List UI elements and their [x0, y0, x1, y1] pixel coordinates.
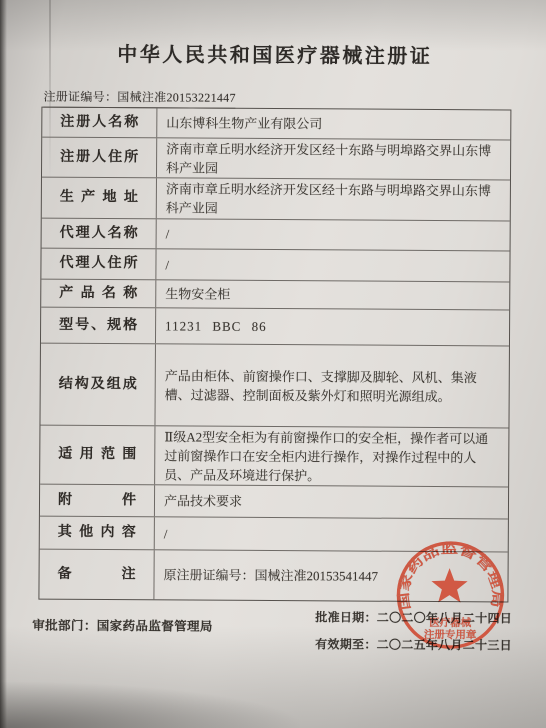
row-label: 备注: [58, 566, 136, 582]
row-value: 产品技术要求: [155, 485, 508, 518]
certificate-table: 注册人名称 山东博科生物产业有限公司 注册人住所 济南市章丘明水经济开发区经十东…: [38, 107, 511, 603]
row-label: 附件: [58, 492, 136, 508]
row-label: 其他内容: [58, 525, 136, 541]
table-row: 备注 原注册证编号：国械注准20153541447: [39, 549, 507, 602]
table-row: 结构及组成 产品由柜体、前窗操作口、支撑脚及脚轮、风机、集液槽、过滤器、控制面板…: [40, 343, 508, 428]
row-label: 结构及组成: [59, 376, 137, 392]
approval-date: 批准日期：二〇二〇年八月二十四日: [315, 608, 512, 626]
certificate-title: 中华人民共和国医疗器械注册证: [2, 37, 546, 69]
row-label: 注册人住所: [60, 149, 138, 165]
table-row: 代理人住所 /: [41, 248, 509, 282]
row-value: /: [157, 219, 510, 250]
registration-number-value: 国械注准20153221447: [117, 90, 236, 105]
table-row: 附件 产品技术要求: [40, 484, 508, 519]
row-label: 注册人名称: [60, 114, 138, 130]
table-row: 适用范围 Ⅱ级A2型安全柜为有前窗操作口的安全柜，操作者可以通过前窗操作口在安全…: [40, 425, 508, 487]
table-row: 型号、规格 11231 BBC 86: [41, 307, 509, 346]
table-row: 代理人名称 /: [42, 218, 510, 251]
approval-department: 审批部门：国家药品监督管理局: [32, 616, 213, 635]
row-value: 济南市章丘明水经济开发区经十东路与明埠路交界山东博科产业园: [157, 138, 510, 179]
registration-number-line: 注册证编号：国械注准20153221447: [43, 88, 235, 109]
row-value: /: [156, 249, 509, 281]
row-label: 代理人名称: [60, 225, 138, 241]
row-value: /: [155, 517, 508, 551]
row-label: 产品名称: [59, 285, 137, 301]
table-row: 其他内容 /: [40, 516, 508, 552]
certificate-sheet: 中华人民共和国医疗器械注册证 注册证编号：国械注准20153221447 注册人…: [0, 0, 546, 728]
row-value: 山东博科生物产业有限公司: [157, 108, 510, 139]
row-value: Ⅱ级A2型安全柜为有前窗操作口的安全柜，操作者可以通过前窗操作口在安全柜内进行操…: [155, 426, 508, 486]
row-label: 型号、规格: [59, 317, 137, 333]
row-value: 11231 BBC 86: [156, 308, 509, 345]
row-label: 生产地址: [60, 190, 138, 206]
valid-until-date: 有效期至：二〇二五年八月二十三日: [315, 635, 512, 653]
row-value: 产品由柜体、前窗操作口、支撑脚及脚轮、风机、集液槽、过滤器、控制面板及紫外灯和照…: [155, 344, 508, 427]
table-row: 注册人住所 济南市章丘明水经济开发区经十东路与明埠路交界山东博科产业园: [42, 137, 510, 180]
row-label: 适用范围: [58, 447, 136, 463]
table-row: 产品名称 生物安全柜: [41, 279, 509, 310]
row-value: 济南市章丘明水经济开发区经十东路与明埠路交界山东博科产业园: [157, 178, 510, 220]
table-row: 注册人名称 山东博科生物产业有限公司: [42, 108, 510, 140]
row-value: 原注册证编号：国械注准20153541447: [154, 550, 507, 601]
row-label: 代理人住所: [59, 256, 137, 272]
registration-number-label: 注册证编号：: [43, 90, 117, 104]
table-row: 生产地址 济南市章丘明水经济开发区经十东路与明埠路交界山东博科产业园: [42, 177, 510, 221]
row-value: 生物安全柜: [156, 280, 509, 309]
